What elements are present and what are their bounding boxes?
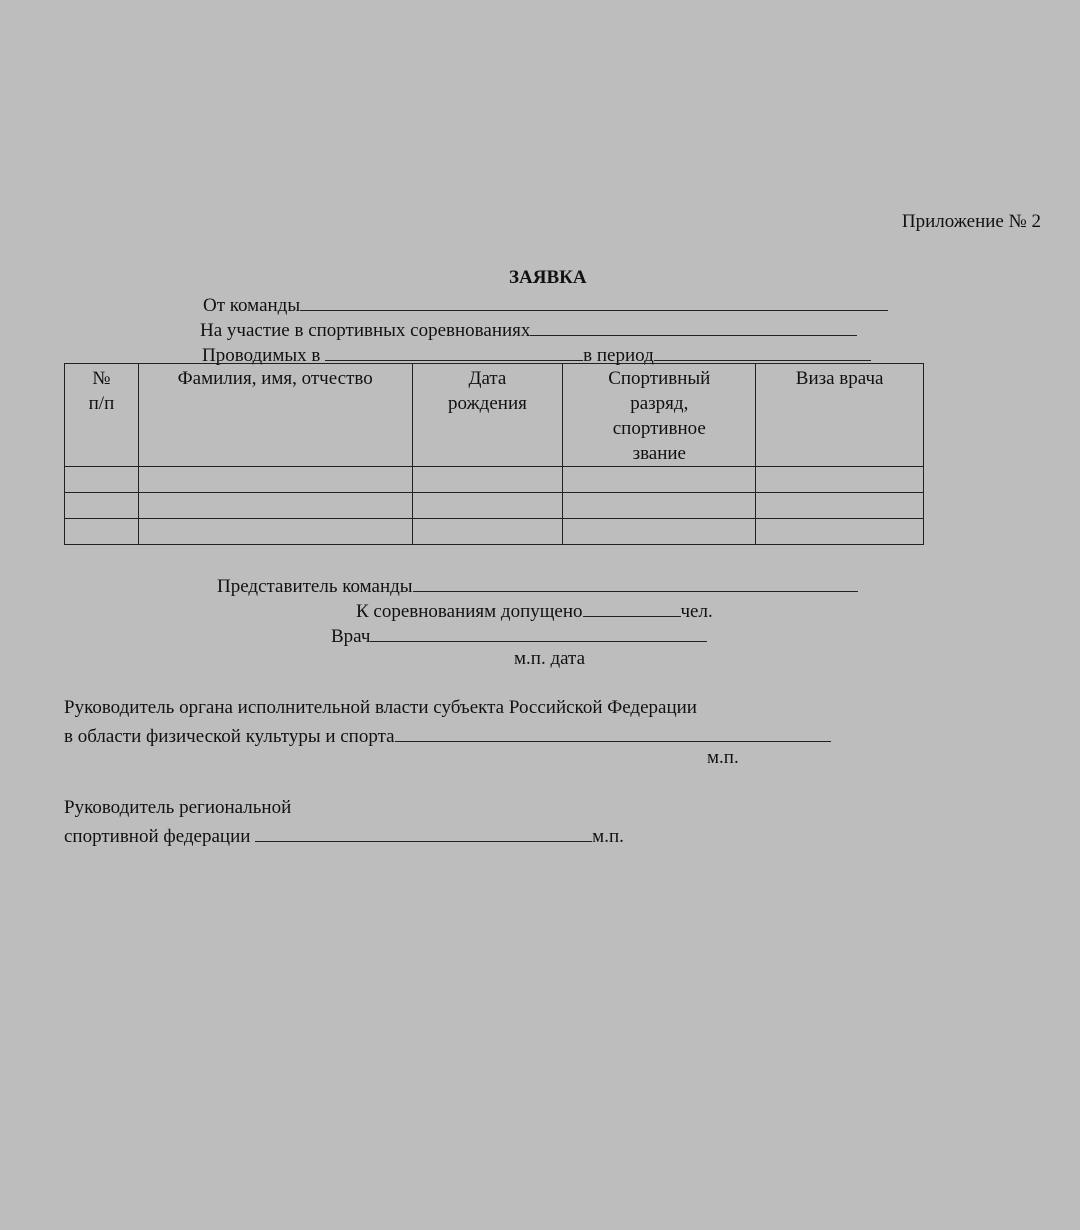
team-rep-row: Представитель команды [217,573,858,596]
admitted-unit: чел. [681,601,713,622]
admitted-count-line[interactable] [583,598,681,617]
appendix-label: Приложение № 2 [902,212,1041,231]
federation-head-row: спортивной федерации м.п. [64,823,624,846]
admitted-row: К соревнованиям допущеночел. [356,598,713,621]
table-row [65,493,924,519]
stamp-date-label: м.п. дата [514,649,585,668]
team-field-row: От команды [203,292,888,315]
team-rep-signature-line[interactable] [413,573,858,592]
table-header-row: №п/пФамилия, имя, отчествоДатарожденияСп… [65,364,924,467]
federation-head-line2: спортивной федерации [64,826,250,847]
admitted-label: К соревнованиям допущено [356,601,583,622]
column-header: Фамилия, имя, отчество [138,364,412,467]
column-header: Виза врача [756,364,924,467]
team-label: От команды [203,295,300,316]
competition-field-row: На участие в спортивных соревнованиях [200,317,857,340]
table-cell[interactable] [563,467,756,493]
team-rep-label: Представитель команды [217,576,413,597]
doctor-label: Врач [331,626,370,647]
doctor-signature-line[interactable] [370,623,707,642]
table-cell[interactable] [412,493,563,519]
federation-stamp-label: м.п. [592,826,624,847]
table-cell[interactable] [756,493,924,519]
column-header: №п/п [65,364,139,467]
federation-head-line1: Руководитель региональной [64,798,291,817]
competition-input-line[interactable] [530,317,857,336]
doctor-row: Врач [331,623,707,646]
table-cell[interactable] [756,519,924,545]
table-cell[interactable] [563,493,756,519]
table-row [65,467,924,493]
authority-head-line1: Руководитель органа исполнительной власт… [64,698,697,717]
venue-period-row: Проводимых в в период [202,342,871,365]
competition-label: На участие в спортивных соревнованиях [200,320,530,341]
table-cell[interactable] [756,467,924,493]
column-header: Датарождения [412,364,563,467]
table-cell[interactable] [65,493,139,519]
period-input-line[interactable] [654,342,871,361]
table-cell[interactable] [138,493,412,519]
table-row [65,519,924,545]
table-cell[interactable] [412,519,563,545]
table-cell[interactable] [412,467,563,493]
venue-input-line[interactable] [325,342,583,361]
table-cell[interactable] [65,467,139,493]
participants-table: №п/пФамилия, имя, отчествоДатарожденияСп… [64,363,924,545]
authority-stamp-label: м.п. [707,748,739,767]
authority-head-row: в области физической культуры и спорта [64,723,831,746]
table-cell[interactable] [65,519,139,545]
authority-head-line2: в области физической культуры и спорта [64,726,395,747]
authority-signature-line[interactable] [395,723,831,742]
team-input-line[interactable] [300,292,888,311]
table-cell[interactable] [563,519,756,545]
table-cell[interactable] [138,519,412,545]
federation-signature-line[interactable] [255,823,592,842]
table-cell[interactable] [138,467,412,493]
column-header: Спортивныйразряд,спортивноезвание [563,364,756,467]
document-title: ЗАЯВКА [509,268,587,287]
